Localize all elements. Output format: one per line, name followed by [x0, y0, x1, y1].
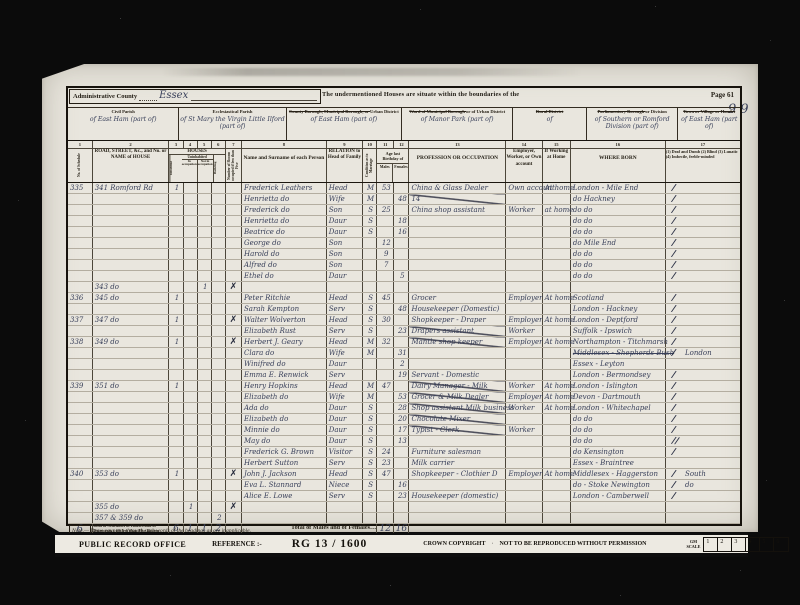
- cell-relation: [326, 282, 362, 293]
- cell-inhabited: 1: [169, 381, 183, 392]
- cell-condition: S: [363, 293, 377, 304]
- cell-occupation: Shopkeeper - Draper: [409, 315, 506, 326]
- cell-name: [242, 513, 327, 524]
- cell-born: do Hackney: [570, 194, 665, 205]
- cell-infirmity: [665, 359, 740, 370]
- census-entry-row: Elizabeth RustServS23Drapers assistantWo…: [68, 326, 740, 337]
- col-header-employer: Employer, Worker, or Own account: [506, 149, 542, 183]
- cell-uninh-not: [197, 315, 211, 326]
- cell-schedule: [68, 227, 92, 238]
- cell-employer: [506, 491, 542, 502]
- cell-building: [211, 260, 225, 271]
- cell-building: [211, 238, 225, 249]
- column-number: 11: [377, 141, 394, 149]
- cell-occupation: [409, 238, 506, 249]
- cell-uninh-occ: [183, 304, 197, 315]
- rule: [191, 92, 317, 101]
- cell-infirmity: ∕: [665, 370, 740, 381]
- cell-age-f: [394, 293, 409, 304]
- cell-uninh-not: [197, 227, 211, 238]
- cell-born: Middlesex - Haggerston: [570, 469, 665, 480]
- cell-uninh-occ: [183, 436, 197, 447]
- cell-schedule: [68, 304, 92, 315]
- cell-inhabited: [169, 271, 183, 282]
- cell-relation: Daur: [326, 271, 362, 282]
- cell-occupation: Servant - Domestic: [409, 370, 506, 381]
- cell-relation: Son: [326, 249, 362, 260]
- cell-uninh-not: [197, 480, 211, 491]
- cell-occupation: [409, 513, 506, 524]
- cell-uninh-occ: 1: [183, 502, 197, 513]
- cell-occupation: China shop assistant: [409, 205, 506, 216]
- cell-infirmity: ∕do: [665, 480, 740, 491]
- cell-infirmity: ∕: [665, 271, 740, 282]
- locality-label: Ecclesiastical Parish: [213, 109, 253, 115]
- cell-uninh-occ: [183, 260, 197, 271]
- census-entry-row: Elizabeth doWifeM53Grocer & Milk DealerE…: [68, 392, 740, 403]
- cell-age-m: 12: [377, 238, 394, 249]
- cell-building: [211, 326, 225, 337]
- cell-at-home: [542, 216, 570, 227]
- cell-condition: M: [363, 381, 377, 392]
- cell-schedule: [68, 238, 92, 249]
- census-rows: 335341 Romford Rd1Frederick LeathersHead…: [68, 183, 740, 524]
- cell-employer: [506, 271, 542, 282]
- cell-address: [92, 447, 169, 458]
- cell-employer: Worker: [506, 326, 542, 337]
- cell-building: [211, 282, 225, 293]
- cell-uninh-occ: [183, 381, 197, 392]
- cell-born: do do: [570, 414, 665, 425]
- cell-rooms-mark: [225, 392, 241, 403]
- cell-relation: Daur: [326, 414, 362, 425]
- cell-age-m: [377, 491, 394, 502]
- cell-uninh-not: [197, 260, 211, 271]
- cell-building: [211, 381, 225, 392]
- cell-occupation: [409, 260, 506, 271]
- cell-uninh-occ: [183, 227, 197, 238]
- locality-value: of Southern or Romford Division (part of…: [587, 116, 677, 130]
- cell-relation: Son: [326, 238, 362, 249]
- cell-age-m: 7: [377, 260, 394, 271]
- cell-infirmity: [665, 502, 740, 513]
- cell-age-m: [377, 348, 394, 359]
- cell-born: London - Deptford: [570, 315, 665, 326]
- cell-born: [570, 282, 665, 293]
- cell-rooms-mark: [225, 513, 241, 524]
- cell-infirmity: ∕South: [665, 469, 740, 480]
- cell-address: [92, 480, 169, 491]
- cell-rooms-mark: ✗: [225, 315, 241, 326]
- cell-schedule: 337: [68, 315, 92, 326]
- cell-age-m: [377, 326, 394, 337]
- cell-at-home: [542, 370, 570, 381]
- cell-at-home: [542, 414, 570, 425]
- dotted-rule: [139, 93, 157, 101]
- cell-uninh-not: [197, 381, 211, 392]
- scan-noise-specks: [0, 0, 1, 1]
- cell-age-f: [394, 260, 409, 271]
- census-entry-row: Sarah KemptonServS48Housekeeper (Domesti…: [68, 304, 740, 315]
- cell-age-m: [377, 370, 394, 381]
- cell-uninh-occ: [183, 447, 197, 458]
- cell-address: [92, 348, 169, 359]
- cell-uninh-not: [197, 425, 211, 436]
- cell-employer: [506, 304, 542, 315]
- cell-age-m: 45: [377, 293, 394, 304]
- cell-employer: [506, 480, 542, 491]
- cell-age-m: [377, 392, 394, 403]
- cell-rooms-mark: [225, 304, 241, 315]
- pro-reference-label: REFERENCE :-: [212, 540, 262, 548]
- cell-age-f: 48: [394, 194, 409, 205]
- cell-building: [211, 304, 225, 315]
- cell-condition: M: [363, 183, 377, 194]
- cell-relation: [326, 513, 362, 524]
- cell-age-f: [394, 238, 409, 249]
- cell-born: London - Islington: [570, 381, 665, 392]
- cell-at-home: [542, 458, 570, 469]
- cell-name: George do: [242, 238, 327, 249]
- cell-rooms-mark: [225, 436, 241, 447]
- cell-age-f: [394, 513, 409, 524]
- cell-condition: M: [363, 348, 377, 359]
- cell-born: [570, 502, 665, 513]
- cell-age-f: 31: [394, 348, 409, 359]
- cell-rooms-mark: [225, 183, 241, 194]
- column-number: 4: [183, 141, 197, 149]
- cell-age-f: 16: [394, 227, 409, 238]
- cell-uninh-occ: [183, 458, 197, 469]
- census-entry-row: Clara doWifeM31Middlesex - Shepherds Bus…: [68, 348, 740, 359]
- cell-infirmity: ∕: [665, 238, 740, 249]
- locality-box: Rural District of: [513, 108, 587, 140]
- margin-note: South: [675, 470, 706, 478]
- scale-cell: 3: [732, 538, 746, 551]
- cell-at-home: at home: [542, 205, 570, 216]
- cell-name: Frederick G. Brown: [242, 447, 327, 458]
- cell-relation: Head: [326, 315, 362, 326]
- public-record-office-bar: PUBLIC RECORD OFFICE REFERENCE :- RG 13 …: [55, 533, 748, 557]
- cell-building: [211, 271, 225, 282]
- cell-age-m: [377, 227, 394, 238]
- cell-rooms-mark: [225, 348, 241, 359]
- cell-name: Henrietta do: [242, 216, 327, 227]
- column-number: 8: [242, 141, 327, 149]
- cell-building: [211, 436, 225, 447]
- cell-schedule: [68, 513, 92, 524]
- cell-rooms-mark: [225, 326, 241, 337]
- cell-address: 341 Romford Rd: [92, 183, 169, 194]
- cell-address: [92, 271, 169, 282]
- cell-age-f: 23: [394, 326, 409, 337]
- cell-name: Elizabeth do: [242, 392, 327, 403]
- cell-uninh-not: [197, 447, 211, 458]
- cell-relation: Daur: [326, 436, 362, 447]
- cell-relation: Visitor: [326, 447, 362, 458]
- cell-schedule: 335: [68, 183, 92, 194]
- cell-age-f: 13: [394, 436, 409, 447]
- cell-inhabited: [169, 304, 183, 315]
- cell-uninh-occ: [183, 293, 197, 304]
- cell-schedule: 336: [68, 293, 92, 304]
- cell-uninh-not: [197, 249, 211, 260]
- cell-born: London - Bermondsey: [570, 370, 665, 381]
- cell-condition: S: [363, 403, 377, 414]
- column-number: 15: [542, 141, 570, 149]
- cell-inhabited: [169, 348, 183, 359]
- cell-relation: Son: [326, 205, 362, 216]
- cell-address: [92, 359, 169, 370]
- cell-at-home: [542, 304, 570, 315]
- locality-row: Civil Parish of East Ham (part of)Eccles…: [68, 108, 740, 141]
- cell-rooms-mark: [225, 216, 241, 227]
- cell-uninh-not: [197, 216, 211, 227]
- cell-employer: [506, 458, 542, 469]
- pro-office-label: PUBLIC RECORD OFFICE: [79, 540, 186, 549]
- locality-label: County Borough, Municipal Borough, or Ur…: [289, 109, 399, 115]
- column-number: 7: [225, 141, 241, 149]
- cell-at-home: [542, 436, 570, 447]
- cell-inhabited: [169, 216, 183, 227]
- cell-age-m: [377, 359, 394, 370]
- cell-schedule: [68, 260, 92, 271]
- cell-condition: [363, 271, 377, 282]
- cell-employer: [506, 359, 542, 370]
- scale-cell: 4: [746, 538, 760, 551]
- cell-uninh-occ: [183, 403, 197, 414]
- cell-born: do do: [570, 227, 665, 238]
- form-top-band: Administrative County Essex The undermen…: [68, 88, 740, 108]
- cell-born: do - Stoke Newington: [570, 480, 665, 491]
- cell-uninh-occ: [183, 480, 197, 491]
- cell-inhabited: 1: [169, 293, 183, 304]
- cell-occupation: Mantle shop keeper: [409, 337, 506, 348]
- cell-born: do do: [570, 425, 665, 436]
- census-entry-row: May doDaurS13do do∕∕: [68, 436, 740, 447]
- census-entry-row: Frederick G. BrownVisitorS24Furniture sa…: [68, 447, 740, 458]
- margin-note: do: [675, 481, 694, 489]
- cell-employer: Own account: [506, 183, 542, 194]
- cell-inhabited: 1: [169, 183, 183, 194]
- cell-age-m: 23: [377, 458, 394, 469]
- scale-cell: 1: [704, 538, 718, 551]
- cell-name: Winifred do: [242, 359, 327, 370]
- column-number: 16: [570, 141, 665, 149]
- cell-employer: [506, 216, 542, 227]
- cell-age-f: [394, 447, 409, 458]
- cell-employer: Employer: [506, 293, 542, 304]
- cell-name: Ethel do: [242, 271, 327, 282]
- cell-name: Frederick do: [242, 205, 327, 216]
- margin-note: London: [675, 349, 712, 357]
- cell-age-f: 5: [394, 271, 409, 282]
- column-number: 9: [326, 141, 362, 149]
- cell-infirmity: ∕: [665, 381, 740, 392]
- census-entry-row: 336345 do1Peter RitchieHeadS45GrocerEmpl…: [68, 293, 740, 304]
- cell-age-m: 24: [377, 447, 394, 458]
- census-entry-row: 339351 do1Henry HopkinsHeadM47Dairy Mana…: [68, 381, 740, 392]
- page-corner-tear-bottom: [41, 521, 61, 533]
- cell-relation: Wife: [326, 348, 362, 359]
- cell-rooms-mark: ✗: [225, 502, 241, 513]
- cell-address: [92, 403, 169, 414]
- scale-cell: 5: [760, 538, 774, 551]
- cell-occupation: Furniture salesman: [409, 447, 506, 458]
- cell-uninh-not: [197, 271, 211, 282]
- cell-age-f: 19: [394, 370, 409, 381]
- cell-name: Harold do: [242, 249, 327, 260]
- column-number: 1: [68, 141, 92, 149]
- cell-at-home: [542, 194, 570, 205]
- census-entry-row: Ada doDaurS28Shop assistant Milk busines…: [68, 403, 740, 414]
- cell-inhabited: [169, 447, 183, 458]
- cell-schedule: [68, 458, 92, 469]
- cell-name: [242, 282, 327, 293]
- census-entry-row: 337347 do1✗Walter WolvertonHeadS30Shopke…: [68, 315, 740, 326]
- cell-age-f: [394, 249, 409, 260]
- cell-relation: Head: [326, 381, 362, 392]
- cell-occupation: [409, 436, 506, 447]
- cell-employer: Employer: [506, 469, 542, 480]
- cell-relation: Serv: [326, 370, 362, 381]
- cell-rooms-mark: [225, 293, 241, 304]
- cell-occupation: [409, 502, 506, 513]
- census-entry-row: 355 do1✗: [68, 502, 740, 513]
- cell-building: [211, 183, 225, 194]
- census-page-scan[interactable]: 99 Administrative County Essex The under…: [42, 64, 758, 532]
- cell-at-home: [542, 425, 570, 436]
- cell-uninh-occ: [183, 425, 197, 436]
- cell-name: Beatrice do: [242, 227, 327, 238]
- cell-address: 345 do: [92, 293, 169, 304]
- locality-label: Rural District: [536, 109, 563, 115]
- cell-condition: S: [363, 469, 377, 480]
- census-entry-row: Henrietta doWifeM4814do Hackney∕: [68, 194, 740, 205]
- cell-age-f: 16: [394, 480, 409, 491]
- cell-condition: [363, 370, 377, 381]
- cell-name: Herbert J. Geary: [242, 337, 327, 348]
- cell-uninh-not: [197, 502, 211, 513]
- cell-inhabited: [169, 480, 183, 491]
- cell-occupation: Grocer & Milk Dealer: [409, 392, 506, 403]
- page-number: Page 61: [711, 91, 734, 99]
- cell-age-f: [394, 315, 409, 326]
- col-header-not-in-occupation: Not in occupation: [198, 160, 213, 182]
- census-entry-row: Emma E. RenwickServ19Servant - DomesticL…: [68, 370, 740, 381]
- cell-uninh-not: [197, 436, 211, 447]
- census-entry-row: Minnie doDaurS17Typist - ClerkWorkerdo d…: [68, 425, 740, 436]
- column-number: 3: [169, 141, 183, 149]
- cell-infirmity: ∕: [665, 326, 740, 337]
- cell-uninh-not: [197, 491, 211, 502]
- col-header-in-occupation: In occupation: [182, 160, 198, 182]
- cell-relation: Serv: [326, 304, 362, 315]
- cell-born: do do: [570, 260, 665, 271]
- census-entry-row: Elizabeth doDaurS20Chocolate Mixerdo do∕: [68, 414, 740, 425]
- cell-inhabited: [169, 326, 183, 337]
- cell-at-home: At home: [542, 183, 570, 194]
- scale-label: GM SCALE: [686, 539, 700, 549]
- cell-inhabited: 1: [169, 469, 183, 480]
- cell-age-f: [394, 337, 409, 348]
- cell-uninh-not: [197, 304, 211, 315]
- cell-infirmity: ∕: [665, 249, 740, 260]
- cell-occupation: [409, 227, 506, 238]
- cell-rooms-mark: [225, 359, 241, 370]
- cell-condition: S: [363, 326, 377, 337]
- cell-uninh-occ: [183, 249, 197, 260]
- cell-building: [211, 293, 225, 304]
- cell-name: Henry Hopkins: [242, 381, 327, 392]
- cell-uninh-occ: [183, 337, 197, 348]
- cell-schedule: [68, 348, 92, 359]
- cell-inhabited: [169, 249, 183, 260]
- census-form: Administrative County Essex The undermen…: [66, 86, 742, 526]
- col-header-name: Name and Surname of each Person: [242, 149, 327, 183]
- cell-uninh-occ: [183, 370, 197, 381]
- cell-relation: Niece: [326, 480, 362, 491]
- cell-age-f: 48: [394, 304, 409, 315]
- census-entry-row: Beatrice doDaurS16do do∕: [68, 227, 740, 238]
- cell-age-f: [394, 282, 409, 293]
- cell-address: [92, 216, 169, 227]
- cell-employer: [506, 502, 542, 513]
- cell-address: [92, 425, 169, 436]
- cell-inhabited: [169, 491, 183, 502]
- cell-uninh-occ: [183, 194, 197, 205]
- scale-cells: 123456: [703, 537, 789, 552]
- cell-condition: M: [363, 392, 377, 403]
- cell-uninh-occ: [183, 205, 197, 216]
- cell-inhabited: [169, 260, 183, 271]
- cell-relation: Serv: [326, 491, 362, 502]
- cell-schedule: [68, 403, 92, 414]
- cell-at-home: [542, 238, 570, 249]
- cell-age-f: [394, 502, 409, 513]
- cell-rooms-mark: ✗: [225, 337, 241, 348]
- cell-address: 351 do: [92, 381, 169, 392]
- cell-relation: Daur: [326, 359, 362, 370]
- cell-relation: Head: [326, 337, 362, 348]
- cell-at-home: [542, 271, 570, 282]
- cell-inhabited: 1: [169, 315, 183, 326]
- cell-name: Alfred do: [242, 260, 327, 271]
- cell-rooms-mark: [225, 381, 241, 392]
- cell-infirmity: [665, 513, 740, 524]
- cell-rooms-mark: [225, 227, 241, 238]
- cell-born: Scotland: [570, 293, 665, 304]
- cell-employer: [506, 370, 542, 381]
- cell-inhabited: [169, 513, 183, 524]
- cell-address: [92, 304, 169, 315]
- cell-at-home: [542, 348, 570, 359]
- cell-schedule: [68, 249, 92, 260]
- cell-inhabited: [169, 502, 183, 513]
- cell-employer: [506, 260, 542, 271]
- locality-label: Parliamentary Borough or Division: [597, 109, 666, 115]
- cell-age-m: [377, 194, 394, 205]
- cell-employer: [506, 227, 542, 238]
- cell-relation: Daur: [326, 216, 362, 227]
- cell-at-home: At home: [542, 381, 570, 392]
- cell-infirmity: ∕: [665, 491, 740, 502]
- cell-building: [211, 414, 225, 425]
- col-header-road: ROAD, STREET, &c., and No. or NAME of HO…: [92, 149, 169, 183]
- cell-age-f: 23: [394, 491, 409, 502]
- cell-age-f: [394, 183, 409, 194]
- cell-age-m: 47: [377, 381, 394, 392]
